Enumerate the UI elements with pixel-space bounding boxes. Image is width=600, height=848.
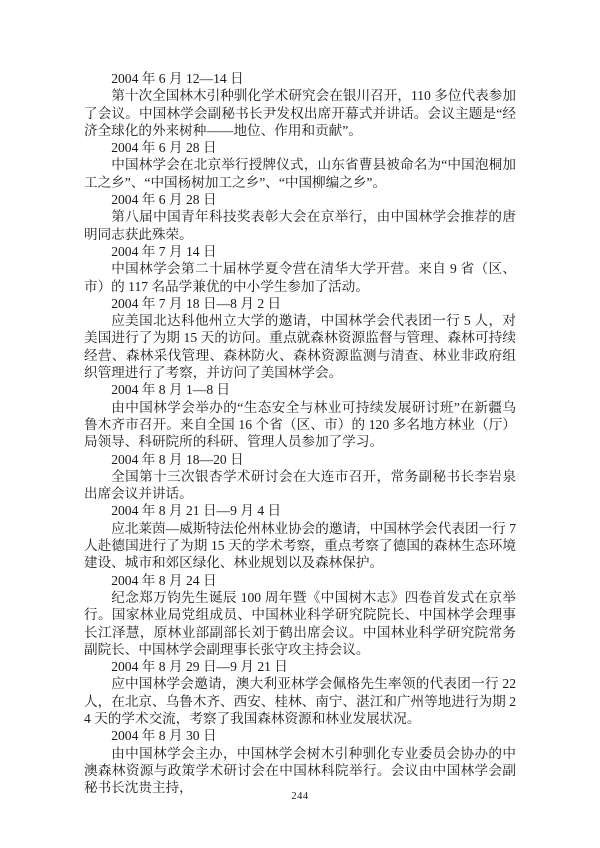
entry-date: 2004 年 6 月 28 日 [84, 191, 516, 208]
entry-date: 2004 年 8 月 29 日—9 月 21 日 [84, 658, 516, 675]
chronicle-entry: 2004 年 8 月 1—8 日 由中国林学会举办的“生态安全与林业可持续发展研… [84, 381, 516, 450]
entry-body: 应中国林学会邀请，澳大利亚林学会佩格先生率领的代表团一行 22 人，在北京、乌鲁… [84, 675, 516, 727]
entry-date: 2004 年 8 月 24 日 [84, 572, 516, 589]
entry-date: 2004 年 6 月 12—14 日 [84, 70, 516, 87]
entry-body: 纪念郑万钧先生诞辰 100 周年暨《中国树木志》四卷首发式在京举行。国家林业局党… [84, 589, 516, 658]
entry-body: 第十次全国林木引种驯化学术研究会在银川召开，110 多位代表参加了会议。中国林学… [84, 87, 516, 139]
entry-body: 全国第十三次银杏学术研讨会在大连市召开，常务副秘书长李岩泉出席会议并讲话。 [84, 468, 516, 503]
entry-body: 由中国林学会举办的“生态安全与林业可持续发展研讨班”在新疆乌鲁木齐市召开。来自全… [84, 399, 516, 451]
entry-date: 2004 年 7 月 18 日—8 月 2 日 [84, 295, 516, 312]
entry-body: 中国林学会第二十届林学夏令营在清华大学开营。来自 9 省（区、市）的 117 名… [84, 260, 516, 295]
chronicle-entry: 2004 年 6 月 28 日 中国林学会在北京举行授牌仪式，山东省曹县被命名为… [84, 139, 516, 191]
entry-date: 2004 年 7 月 14 日 [84, 243, 516, 260]
chronicle-entry: 2004 年 6 月 12—14 日 第十次全国林木引种驯化学术研究会在银川召开… [84, 70, 516, 139]
chronicle-entry: 2004 年 8 月 18—20 日 全国第十三次银杏学术研讨会在大连市召开，常… [84, 451, 516, 503]
entry-body: 中国林学会在北京举行授牌仪式，山东省曹县被命名为“中国泡桐加工之乡”、“中国杨树… [84, 156, 516, 191]
chronicle-entry: 2004 年 8 月 21 日—9 月 4 日 应北莱茵—威斯特法伦州林业协会的… [84, 502, 516, 571]
chronicle-entry: 2004 年 8 月 24 日 纪念郑万钧先生诞辰 100 周年暨《中国树木志》… [84, 572, 516, 658]
entry-body: 应北莱茵—威斯特法伦州林业协会的邀请，中国林学会代表团一行 7 人赴德国进行了为… [84, 520, 516, 572]
entry-date: 2004 年 8 月 21 日—9 月 4 日 [84, 502, 516, 519]
page-content: 2004 年 6 月 12—14 日 第十次全国林木引种驯化学术研究会在银川召开… [84, 70, 516, 796]
chronicle-entry: 2004 年 7 月 18 日—8 月 2 日 应美国北达科他州立大学的邀请，中… [84, 295, 516, 381]
entry-date: 2004 年 8 月 18—20 日 [84, 451, 516, 468]
entry-body: 应美国北达科他州立大学的邀请，中国林学会代表团一行 5 人，对美国进行了为期 1… [84, 312, 516, 381]
document-page: 2004 年 6 月 12—14 日 第十次全国林木引种驯化学术研究会在银川召开… [0, 0, 600, 848]
entry-date: 2004 年 8 月 1—8 日 [84, 381, 516, 398]
page-number: 244 [291, 791, 308, 802]
chronicle-entry: 2004 年 7 月 14 日 中国林学会第二十届林学夏令营在清华大学开营。来自… [84, 243, 516, 295]
entry-date: 2004 年 6 月 28 日 [84, 139, 516, 156]
chronicle-entry: 2004 年 6 月 28 日 第八届中国青年科技奖表彰大会在京举行，由中国林学… [84, 191, 516, 243]
page-footer: 244 [0, 786, 600, 804]
entry-body: 第八届中国青年科技奖表彰大会在京举行，由中国林学会推荐的唐明同志获此殊荣。 [84, 208, 516, 243]
chronicle-entry: 2004 年 8 月 29 日—9 月 21 日 应中国林学会邀请，澳大利亚林学… [84, 658, 516, 727]
entry-date: 2004 年 8 月 30 日 [84, 727, 516, 744]
